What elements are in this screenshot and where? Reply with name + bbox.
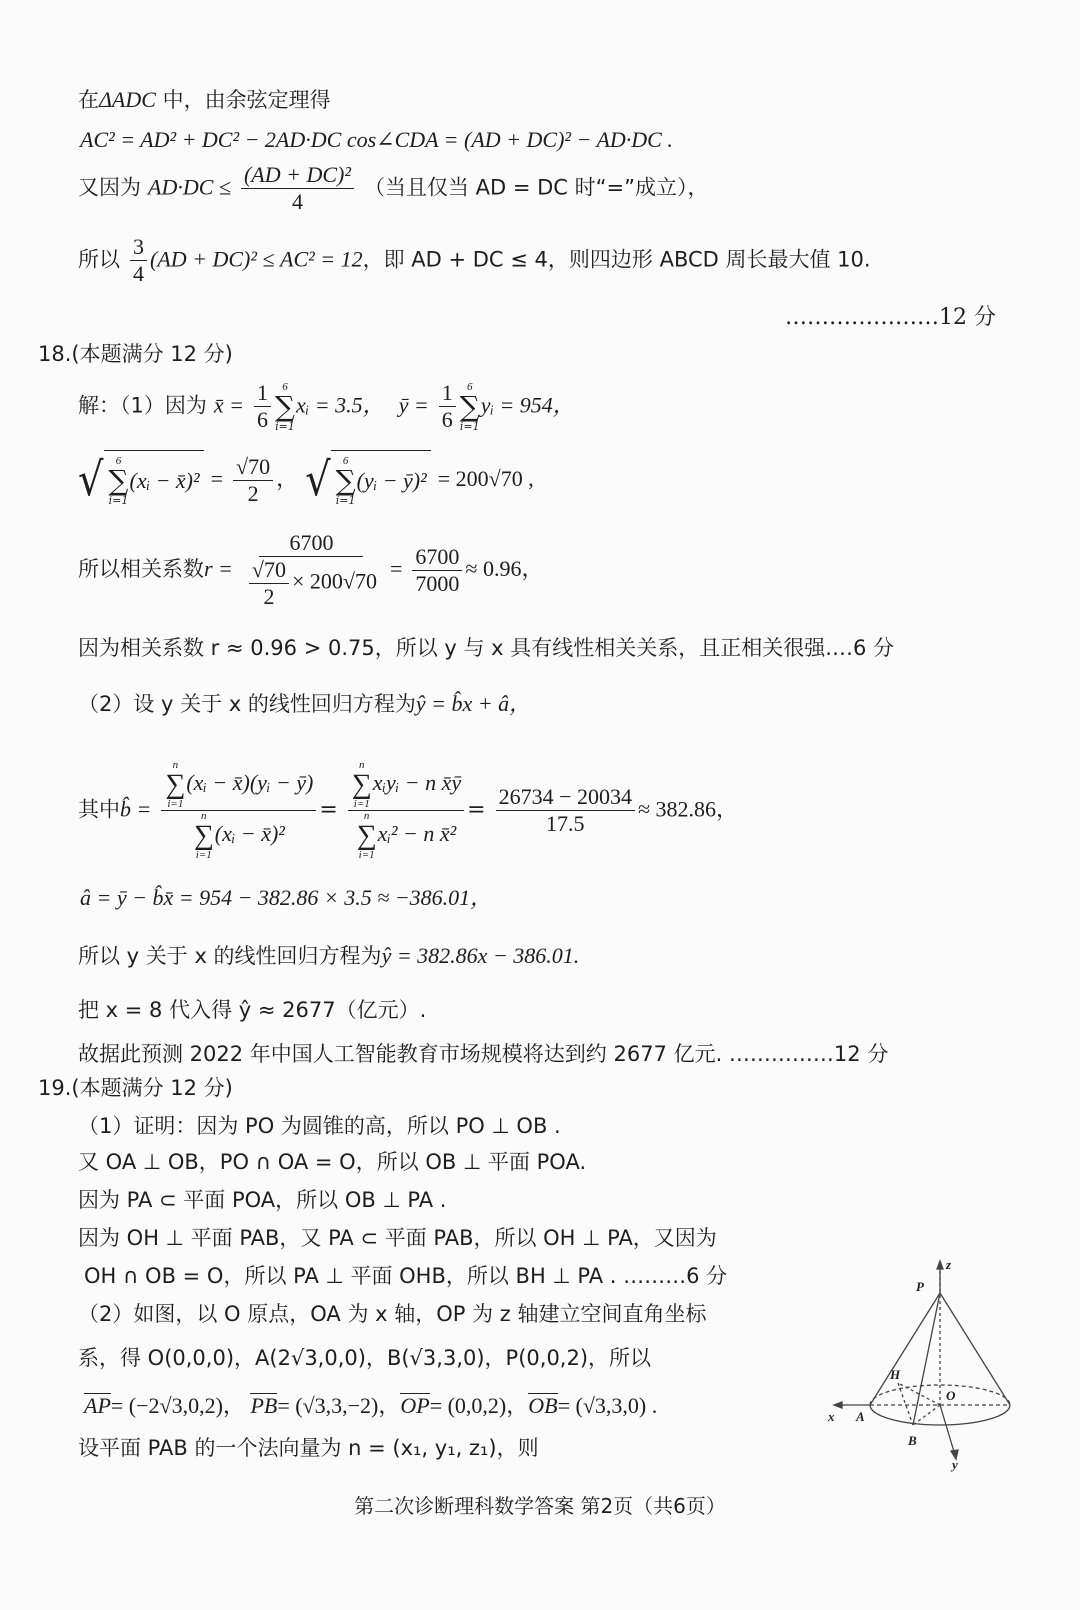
sqrt-expression: √6∑i=1(xᵢ − x̄)² [78, 450, 204, 510]
fraction: 67007000 [412, 544, 462, 597]
q19-line-4: 因为 OH ⊥ 平面 PAB，又 PA ⊂ 平面 PAB，所以 OH ⊥ PA，… [78, 1224, 717, 1252]
q19-line-9: 设平面 PAB 的一个法向量为 n = (x₁, y₁, z₁)，则 [78, 1434, 539, 1462]
q18-intercept: â = ȳ − b̂x̄ = 954 − 382.86 × 3.5 ≈ −386… [80, 884, 492, 912]
fraction: 16 [439, 380, 456, 433]
q19-vectors: AP= (−2√3,0,2)， PB= (√3,3,−2)，OP= (0,0,2… [84, 1392, 657, 1420]
label-x: x [827, 1409, 835, 1424]
label-O: O [946, 1388, 956, 1403]
q18-regression-setup: （2）设 y 关于 x 的线性回归方程为ŷ = b̂x + â， [78, 690, 531, 719]
q17-conclusion: 所以 34(AD + DC)² ≤ AC² = 12，即 AD + DC ≤ 4… [78, 234, 871, 287]
q17-cosine-law: AC² = AD² + DC² − 2AD·DC cos∠CDA = (AD +… [80, 126, 673, 154]
sigma-sum: 6∑i=1 [460, 382, 480, 432]
q19-line-1: （1）证明：因为 PO 为圆锥的高，所以 PO ⊥ OB . [78, 1112, 561, 1140]
fraction: 26734 − 2003417.5 [496, 784, 635, 837]
sigma-sum: 6∑i=1 [275, 382, 295, 432]
q18-regression-equation: 所以 y 关于 x 的线性回归方程为ŷ = 382.86x − 386.01. [78, 942, 579, 971]
q18-prediction: 把 x = 8 代入得 ŷ ≈ 2677（亿元）. [78, 996, 426, 1024]
q17-inequality-line: 又因为 AD·DC ≤ (AD + DC)²4 （当且仅当 AD = DC 时“… [78, 162, 708, 215]
q19-heading: 19.(本题满分 12 分) [38, 1074, 233, 1102]
fraction: (AD + DC)²4 [241, 162, 354, 215]
label-H: H [889, 1367, 901, 1382]
label-B: B [907, 1433, 917, 1448]
label-A: A [855, 1409, 865, 1424]
q19-line-7: 系，得 O(0,0,0)，A(2√3,0,0)，B(√3,3,0)，P(0,0,… [78, 1344, 651, 1372]
q17-score: …………………12 分 [785, 300, 996, 331]
q19-line-5: OH ∩ OB = O，所以 PA ⊥ 平面 OHB，所以 BH ⊥ PA . … [84, 1262, 727, 1290]
q18-means: 解：（1）因为 x̄ = 166∑i=1xᵢ = 3.5， ȳ = 166∑i=… [78, 380, 575, 433]
label-z: z [945, 1257, 952, 1272]
q18-heading: 18.(本题满分 12 分) [38, 340, 233, 368]
label-P: P [916, 1279, 925, 1294]
q19-line-6: （2）如图，以 O 原点，OA 为 x 轴，OP 为 z 轴建立空间直角坐标 [78, 1300, 706, 1328]
q18-final-conclusion: 故据此预测 2022 年中国人工智能教育市场规模将达到约 2677 亿元. ……… [78, 1040, 888, 1068]
cone-diagram: z P H O A x B y [820, 1255, 1020, 1475]
page-footer: 第二次诊断理科数学答案 第2页（共6页） [0, 1490, 1080, 1519]
q18-std-devs: √6∑i=1(xᵢ − x̄)² = √702， √6∑i=1(yᵢ − ȳ)²… [78, 450, 534, 510]
fraction: n∑i=1xᵢyᵢ − n x̄ȳ n∑i=1xᵢ² − n x̄² [348, 760, 464, 861]
fraction: n∑i=1(xᵢ − x̄)(yᵢ − ȳ) n∑i=1(xᵢ − x̄)² [161, 760, 316, 861]
cone-figure-svg: z P H O A x B y [820, 1255, 1020, 1475]
fraction: 16 [254, 380, 271, 433]
fraction: 6700√702× 200√70 [243, 530, 380, 610]
q19-line-2: 又 OA ⊥ OB，PO ∩ OA = O，所以 OB ⊥ 平面 POA. [78, 1148, 586, 1176]
sqrt-expression: √6∑i=1(yᵢ − ȳ)² [305, 450, 431, 510]
q18-correlation: 所以相关系数r = 6700√702× 200√70 = 67007000≈ 0… [78, 530, 543, 610]
fraction: √702 [233, 454, 273, 507]
q18-correlation-conclusion: 因为相关系数 r ≈ 0.96 > 0.75，所以 y 与 x 具有线性相关关系… [78, 634, 894, 662]
label-y: y [950, 1457, 958, 1472]
q19-line-3: 因为 PA ⊂ 平面 POA，所以 OB ⊥ PA . [78, 1186, 446, 1214]
fraction: 34 [130, 234, 147, 287]
q18-slope-formula: 其中b̂ = n∑i=1(xᵢ − x̄)(yᵢ − ȳ) n∑i=1(xᵢ −… [78, 760, 738, 861]
answer-page: 在ΔADC 中，由余弦定理得 AC² = AD² + DC² − 2AD·DC … [0, 0, 1080, 1610]
q17-line-1: 在ΔADC 中，由余弦定理得 [78, 86, 331, 115]
